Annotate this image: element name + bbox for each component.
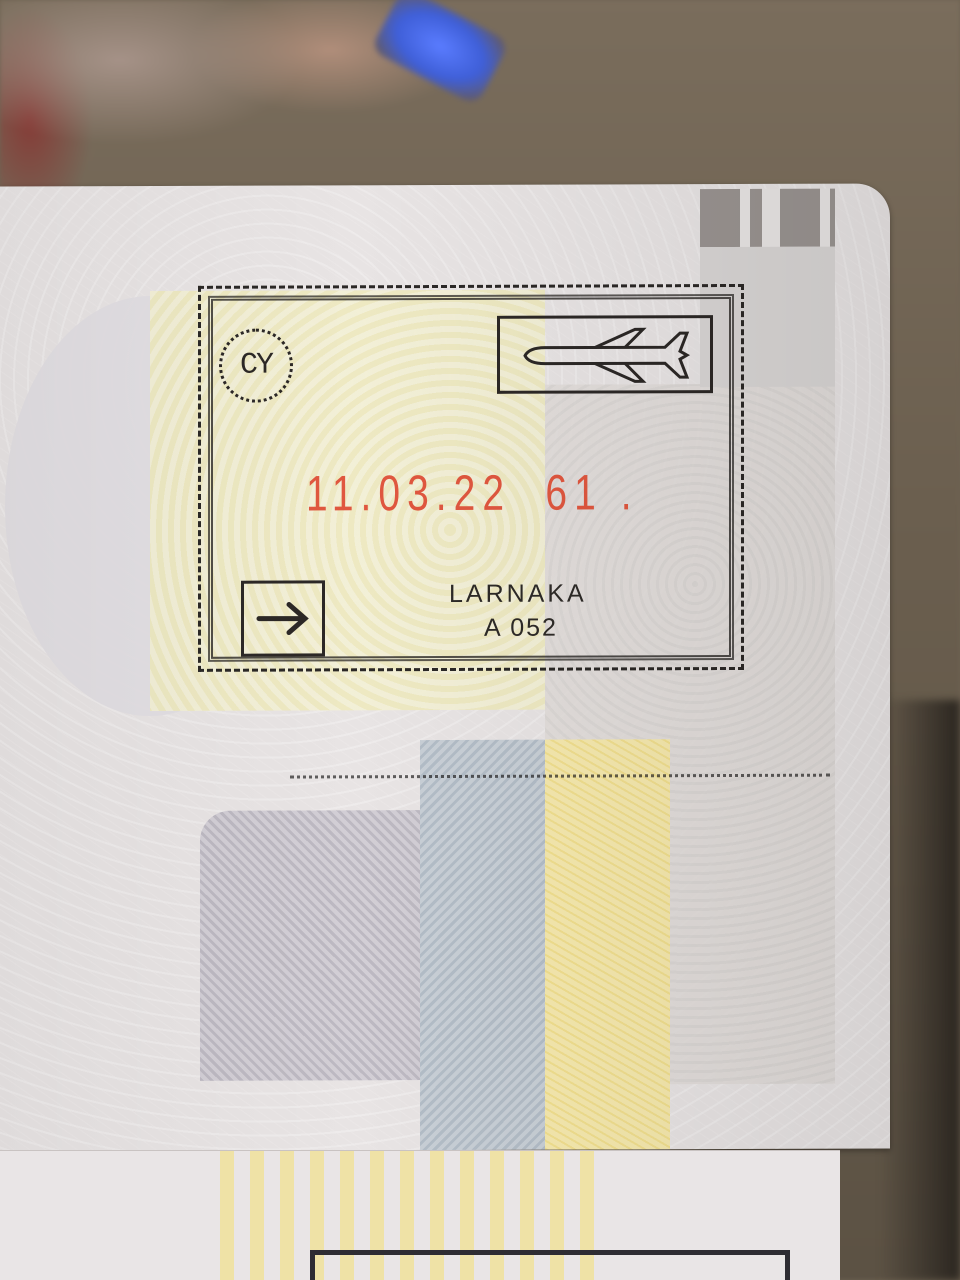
- entry-stamp: CY 11.03.2261 . LARNAKA A 052: [198, 284, 744, 672]
- arrow-right-icon: [241, 580, 325, 656]
- security-pattern-guilloche: [545, 384, 835, 1085]
- security-pattern-grey: [200, 810, 430, 1081]
- trailing-mark: .: [621, 464, 639, 520]
- faint-stamp: [195, 739, 675, 1151]
- passport-page: CY 11.03.2261 . LARNAKA A 052: [0, 183, 890, 1151]
- faint-stamp-dotted-line: [290, 774, 830, 779]
- security-pattern-blue: [420, 740, 545, 1150]
- security-stripes: [700, 189, 835, 247]
- watermark-circle: [5, 296, 295, 717]
- eu-stars-country-badge: CY: [219, 329, 293, 403]
- date-value: 11.03.22: [306, 465, 511, 522]
- stamp-date: 11.03.2261 .: [306, 463, 639, 522]
- partial-stamp-border: [310, 1250, 790, 1280]
- officer-number: 61: [545, 464, 602, 520]
- security-square: [700, 247, 835, 387]
- country-code: CY: [240, 349, 272, 383]
- security-pattern-yellow-stripe: [545, 739, 670, 1149]
- stamp-code: A 052: [484, 614, 558, 643]
- airplane-icon: [497, 315, 713, 394]
- stamp-inner-border: [211, 297, 731, 659]
- security-pattern-yellow: [150, 290, 545, 711]
- stamp-location: LARNAKA: [449, 580, 587, 609]
- background-shadow: [880, 700, 960, 1280]
